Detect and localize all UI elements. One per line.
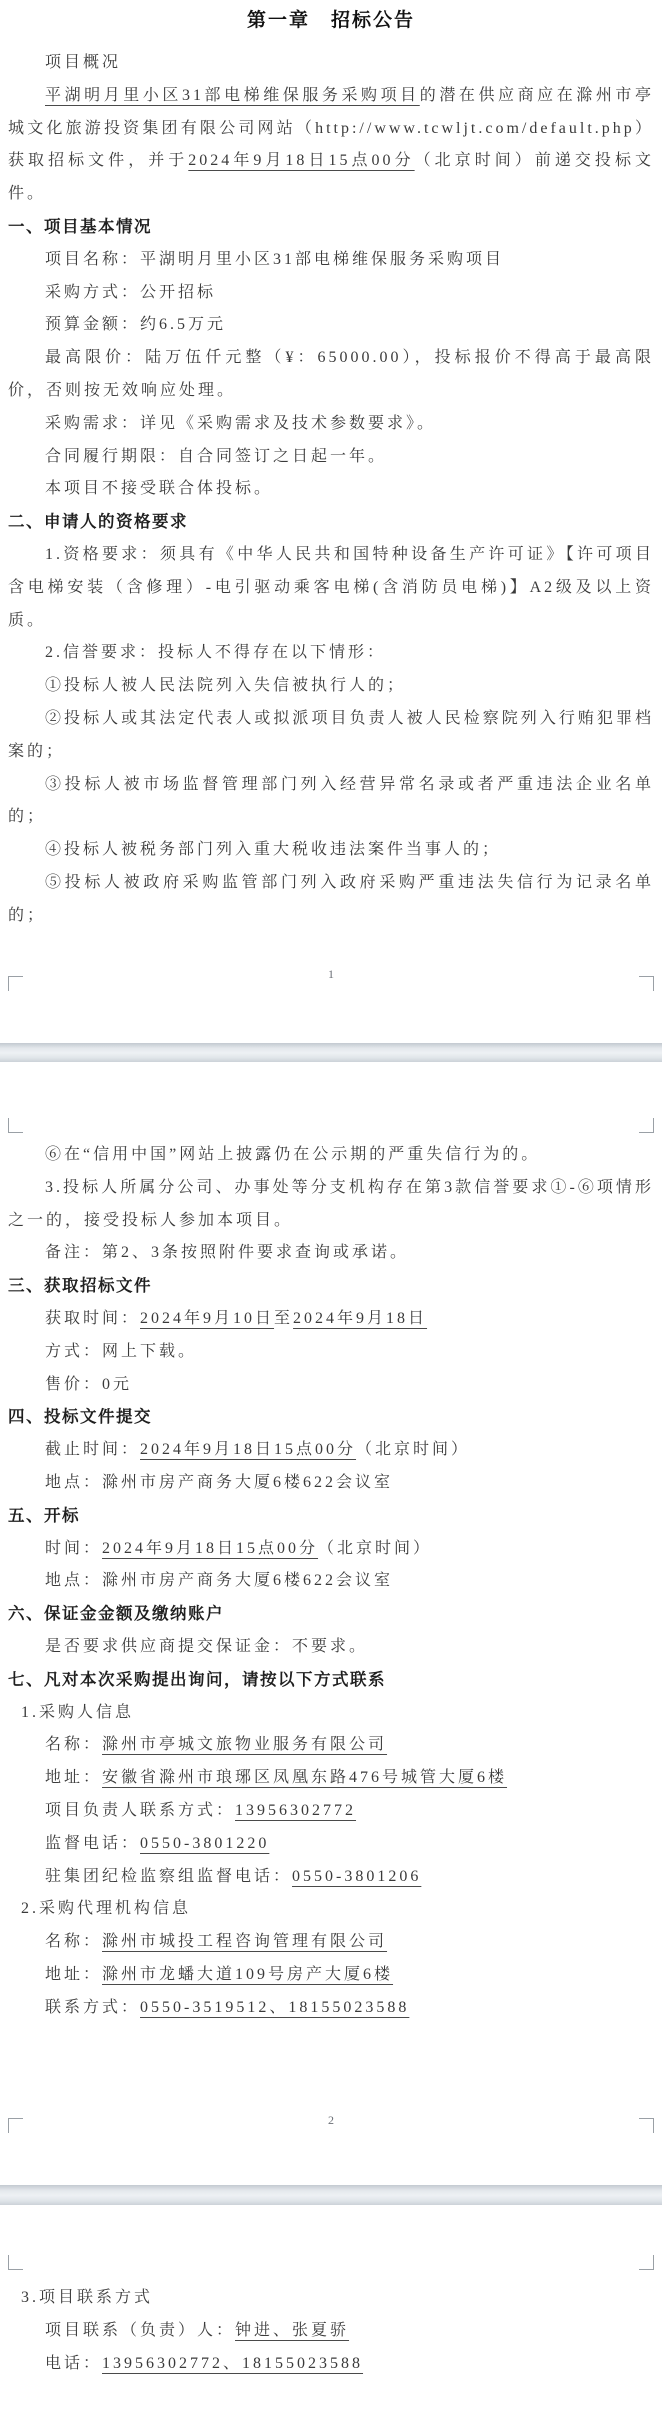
margin-corner-mark (8, 976, 23, 991)
paragraph: 2.信誉要求：投标人不得存在以下情形： (8, 637, 654, 670)
paragraph: 驻集团纪检监察组监督电话：0550-3801206 (8, 1861, 654, 1894)
paragraph: ⑤投标人被政府采购监管部门列入政府采购严重违法失信行为记录名单的； (8, 867, 654, 933)
section-heading: 一、项目基本情况 (8, 211, 654, 244)
paragraph: 采购方式：公开招标 (8, 277, 654, 310)
paragraph: 名称：滁州市亭城文旅物业服务有限公司 (8, 1729, 654, 1762)
paragraph: 电话：13956302772、18155023588 (8, 2348, 654, 2381)
paragraph: 项目概况 (8, 47, 654, 80)
paragraph: 名称：滁州市城投工程咨询管理有限公司 (8, 1926, 654, 1959)
paragraph: 联系方式：0550-3519512、18155023588 (8, 1992, 654, 2025)
paragraph: 地点：滁州市房产商务大厦6楼622会议室 (8, 1565, 654, 1598)
paragraph: ③投标人被市场监督管理部门列入经营异常名录或者严重违法企业名单的； (8, 769, 654, 835)
margin-corner-mark (639, 1118, 654, 1133)
paragraph: ④投标人被税务部门列入重大税收违法案件当事人的； (8, 834, 654, 867)
paragraph: 监督电话：0550-3801220 (8, 1828, 654, 1861)
paragraph: 截止时间：2024年9月18日15点00分（北京时间） (8, 1434, 654, 1467)
paragraph: 预算金额：约6.5万元 (8, 309, 654, 342)
paragraph: ②投标人或其法定代表人或拟派项目负责人被人民检察院列入行贿犯罪档案的； (8, 703, 654, 769)
paragraph: 最高限价：陆万伍仟元整（¥：65000.00），投标报价不得高于最高限价，否则按… (8, 342, 654, 408)
document-canvas: { "colors":{ "page_bg":"#ffffff", "canva… (0, 0, 662, 2424)
page-1: 第一章 招标公告项目概况平湖明月里小区31部电梯维保服务采购项目的潜在供应商应在… (0, 0, 662, 1043)
paragraph: 售价：0元 (8, 1369, 654, 1402)
paragraph: ⑥在“信用中国”网站上披露仍在公示期的严重失信行为的。 (8, 1139, 654, 1172)
page-3-content: 3.项目联系方式项目联系（负责）人：钟进、张夏骄电话：13956302772、1… (0, 2205, 662, 2380)
margin-corner-mark (8, 1118, 23, 1133)
section-heading: 四、投标文件提交 (8, 1401, 654, 1434)
paragraph: 获取时间：2024年9月10日至2024年9月18日 (8, 1303, 654, 1336)
paragraph: 是否要求供应商提交保证金：不要求。 (8, 1631, 654, 1664)
paragraph: 平湖明月里小区31部电梯维保服务采购项目的潜在供应商应在滁州市亭城文化旅游投资集… (8, 80, 654, 211)
paragraph: ①投标人被人民法院列入失信被执行人的； (8, 670, 654, 703)
paragraph: 3.项目联系方式 (8, 2282, 654, 2315)
paragraph: 时间：2024年9月18日15点00分（北京时间） (8, 1533, 654, 1566)
paragraph: 3.投标人所属分公司、办事处等分支机构存在第3款信誉要求①-⑥项情形之一的，接受… (8, 1172, 654, 1238)
paragraph: 备注：第2、3条按照附件要求查询或承诺。 (8, 1237, 654, 1270)
margin-corner-mark (8, 2118, 23, 2133)
page-2-content: ⑥在“信用中国”网站上披露仍在公示期的严重失信行为的。3.投标人所属分公司、办事… (0, 1062, 662, 2025)
page-gap (0, 2185, 662, 2205)
page-number: 2 (0, 2113, 662, 2127)
paragraph: 项目名称：平湖明月里小区31部电梯维保服务采购项目 (8, 244, 654, 277)
paragraph: 地址：滁州市龙蟠大道109号房产大厦6楼 (8, 1959, 654, 1992)
margin-corner-mark (639, 2255, 654, 2270)
paragraph: 项目负责人联系方式：13956302772 (8, 1795, 654, 1828)
paragraph: 项目联系（负责）人：钟进、张夏骄 (8, 2315, 654, 2348)
paragraph: 本项目不接受联合体投标。 (8, 473, 654, 506)
section-heading: 三、获取招标文件 (8, 1270, 654, 1303)
paragraph: 地址：安徽省滁州市琅琊区凤凰东路476号城管大厦6楼 (8, 1762, 654, 1795)
page-3: 3.项目联系方式项目联系（负责）人：钟进、张夏骄电话：13956302772、1… (0, 2205, 662, 2424)
paragraph: 1.资格要求：须具有《中华人民共和国特种设备生产许可证》【许可项目含电梯安装（含… (8, 539, 654, 637)
paragraph: 1.采购人信息 (8, 1697, 654, 1730)
section-heading: 六、保证金金额及缴纳账户 (8, 1598, 654, 1631)
section-heading: 二、申请人的资格要求 (8, 506, 654, 539)
paragraph: 地点：滁州市房产商务大厦6楼622会议室 (8, 1467, 654, 1500)
margin-corner-mark (8, 2255, 23, 2270)
section-heading: 七、凡对本次采购提出询问，请按以下方式联系 (8, 1664, 654, 1697)
paragraph: 方式：网上下载。 (8, 1336, 654, 1369)
paragraph: 合同履行期限：自合同签订之日起一年。 (8, 441, 654, 474)
page-1-content: 第一章 招标公告项目概况平湖明月里小区31部电梯维保服务采购项目的潜在供应商应在… (0, 0, 662, 933)
margin-corner-mark (639, 976, 654, 991)
section-heading: 五、开标 (8, 1500, 654, 1533)
paragraph: 2.采购代理机构信息 (8, 1893, 654, 1926)
page-2: ⑥在“信用中国”网站上披露仍在公示期的严重失信行为的。3.投标人所属分公司、办事… (0, 1062, 662, 2185)
paragraph: 采购需求：详见《采购需求及技术参数要求》。 (8, 408, 654, 441)
margin-corner-mark (639, 2118, 654, 2133)
doc-title: 第一章 招标公告 (8, 5, 654, 37)
page-gap (0, 1043, 662, 1062)
page-number: 1 (0, 967, 662, 981)
